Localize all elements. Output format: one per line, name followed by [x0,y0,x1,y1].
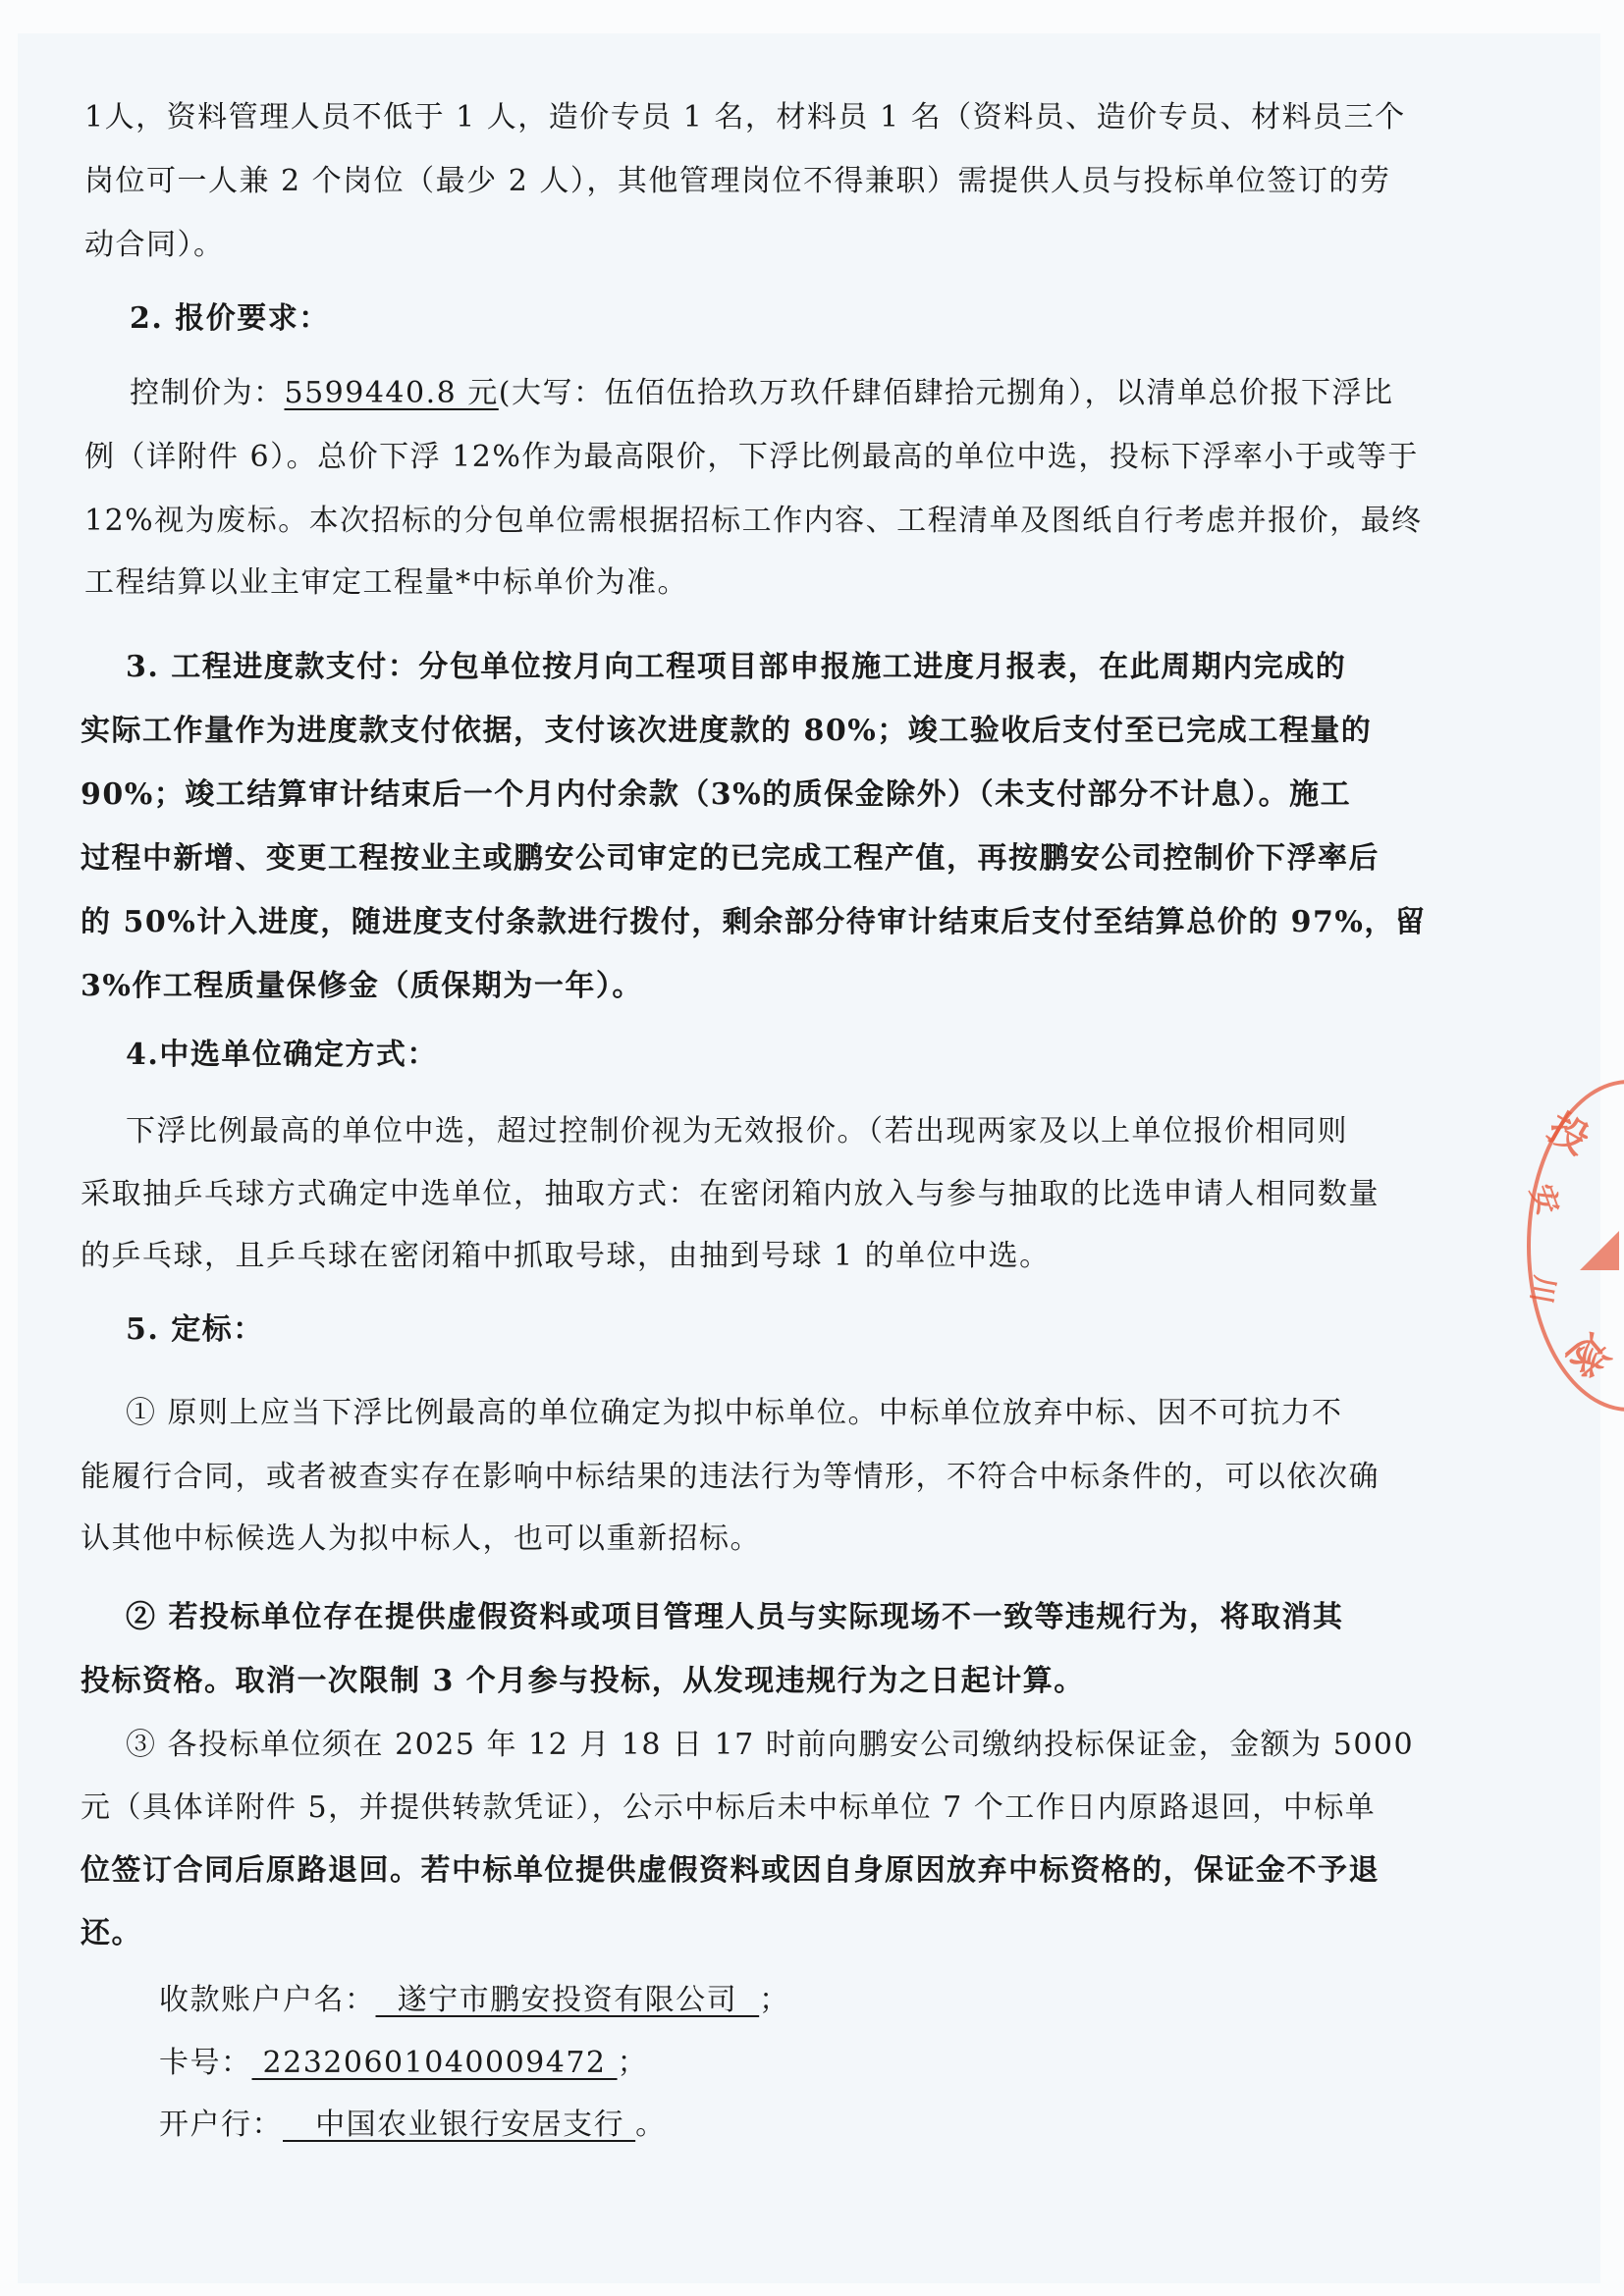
section3-line: 过程中新增、变更工程按业主或鹏安公司审定的已完成工程产值，再按鹏安公司控制价下浮… [81,839,1380,879]
bank-line: 开户行： 中国农业银行安居支行 。 [159,2106,667,2145]
card-number-line: 卡号： 22320601040009472 ； [159,2044,648,2083]
bank-value: 中国农业银行安居支行 [283,2108,635,2142]
punctuation: ； [618,2046,649,2080]
body-text-line: 工程结算以业主审定工程量*中标单价为准。 [84,563,688,603]
section-heading: 2. 报价要求： [130,299,330,339]
punctuation: 。 [635,2108,667,2142]
item3-line: ③ 各投标单位须在 2025 年 12 月 18 日 17 时前向鹏安公司缴纳投… [126,1726,1414,1765]
price-value: 5599440.8 元 [285,376,499,410]
body-text-line: 12%视为废标。本次招标的分包单位需根据招标工作内容、工程清单及图纸自行考虑并报… [84,502,1423,541]
body-text-line: 采取抽乒乓球方式确定中选单位，抽取方式：在密闭箱内放入与参与抽取的比选申请人相同… [81,1175,1380,1214]
price-line: 控制价为：5599440.8 元(大写：伍佰伍拾玖万玖仟肆佰肆拾元捌角），以清单… [130,374,1394,413]
body-text-line: 动合同）。 [84,226,225,265]
item2-line: ② 若投标单位存在提供虚假资料或项目管理人员与实际现场不一致等违规行为，将取消其 [126,1598,1343,1637]
account-name-label: 收款账户户名： [159,1983,376,2017]
body-text-line: 岗位可一人兼 2 个岗位（最少 2 人），其他管理岗位不得兼职）需提供人员与投标… [84,162,1390,201]
price-label: 控制价为： [130,376,285,410]
section3-line: 3. 工程进度款支付：分包单位按月向工程项目部申报施工进度月报表，在此周期内完成… [126,648,1346,687]
body-text-line: 1人，资料管理人员不低于 1 人，造价专员 1 名，材料员 1 名（资料员、造价… [84,98,1406,137]
section3-line: 的 50%计入进度，随进度支付条款进行拨付，剩余部分待审计结束后支付至结算总价的… [81,903,1426,942]
body-text-line: 下浮比例最高的单位中选，超过控制价视为无效报价。（若出现两家及以上单位报价相同则 [126,1112,1348,1151]
price-rest: (大写：伍佰伍拾玖万玖仟肆佰肆拾元捌角），以清单总价报下浮比 [499,376,1394,410]
punctuation: ； [759,1983,790,2017]
card-label: 卡号： [159,2046,252,2080]
section3-line: 3%作工程质量保修金（质保期为一年）。 [81,967,643,1006]
item3-line: 位签订合同后原路退回。若中标单位提供虚假资料或因自身原因放弃中标资格的，保证金不… [81,1851,1380,1891]
bank-label: 开户行： [159,2108,283,2142]
section3-line: 实际工作量作为进度款支付依据，支付该次进度款的 80%；竣工验收后支付至已完成工… [81,712,1372,751]
item3-line: 还。 [81,1914,142,1953]
item1-line: 能履行合同，或者被查实存在影响中标结果的违法行为等情形，不符合中标条件的，可以依… [81,1458,1380,1497]
account-name-line: 收款账户户名： 遂宁市鹏安投资有限公司 ； [159,1981,790,2020]
seal-star-icon [1580,1231,1619,1270]
item2-line: 投标资格。取消一次限制 3 个月参与投标，从发现违规行为之日起计算。 [81,1662,1085,1701]
account-name-value: 遂宁市鹏安投资有限公司 [376,1983,760,2017]
section-heading: 5. 定标： [126,1310,264,1350]
document-page [18,33,1600,2283]
body-text-line: 的乒乓球，且乒乓球在密闭箱中抓取号球，由抽到号球 1 的单位中选。 [81,1237,1051,1276]
card-number-value: 22320601040009472 [252,2046,618,2080]
section3-line: 90%；竣工结算审计结束后一个月内付余款（3%的质保金除外）（未支付部分不计息）… [81,775,1351,815]
item3-line: 元（具体详附件 5，并提供转款凭证），公示中标后未中标单位 7 个工作日内原路退… [81,1789,1376,1828]
item1-line: ① 原则上应当下浮比例最高的单位确定为拟中标单位。中标单位放弃中标、因不可抗力不 [126,1394,1343,1433]
body-text-line: 例（详附件 6）。总价下浮 12%作为最高限价，下浮比例最高的单位中选，投标下浮… [84,438,1419,477]
section-heading: 4.中选单位确定方式： [126,1036,438,1075]
item1-line: 认其他中标候选人为拟中标人，也可以重新招标。 [81,1520,761,1559]
